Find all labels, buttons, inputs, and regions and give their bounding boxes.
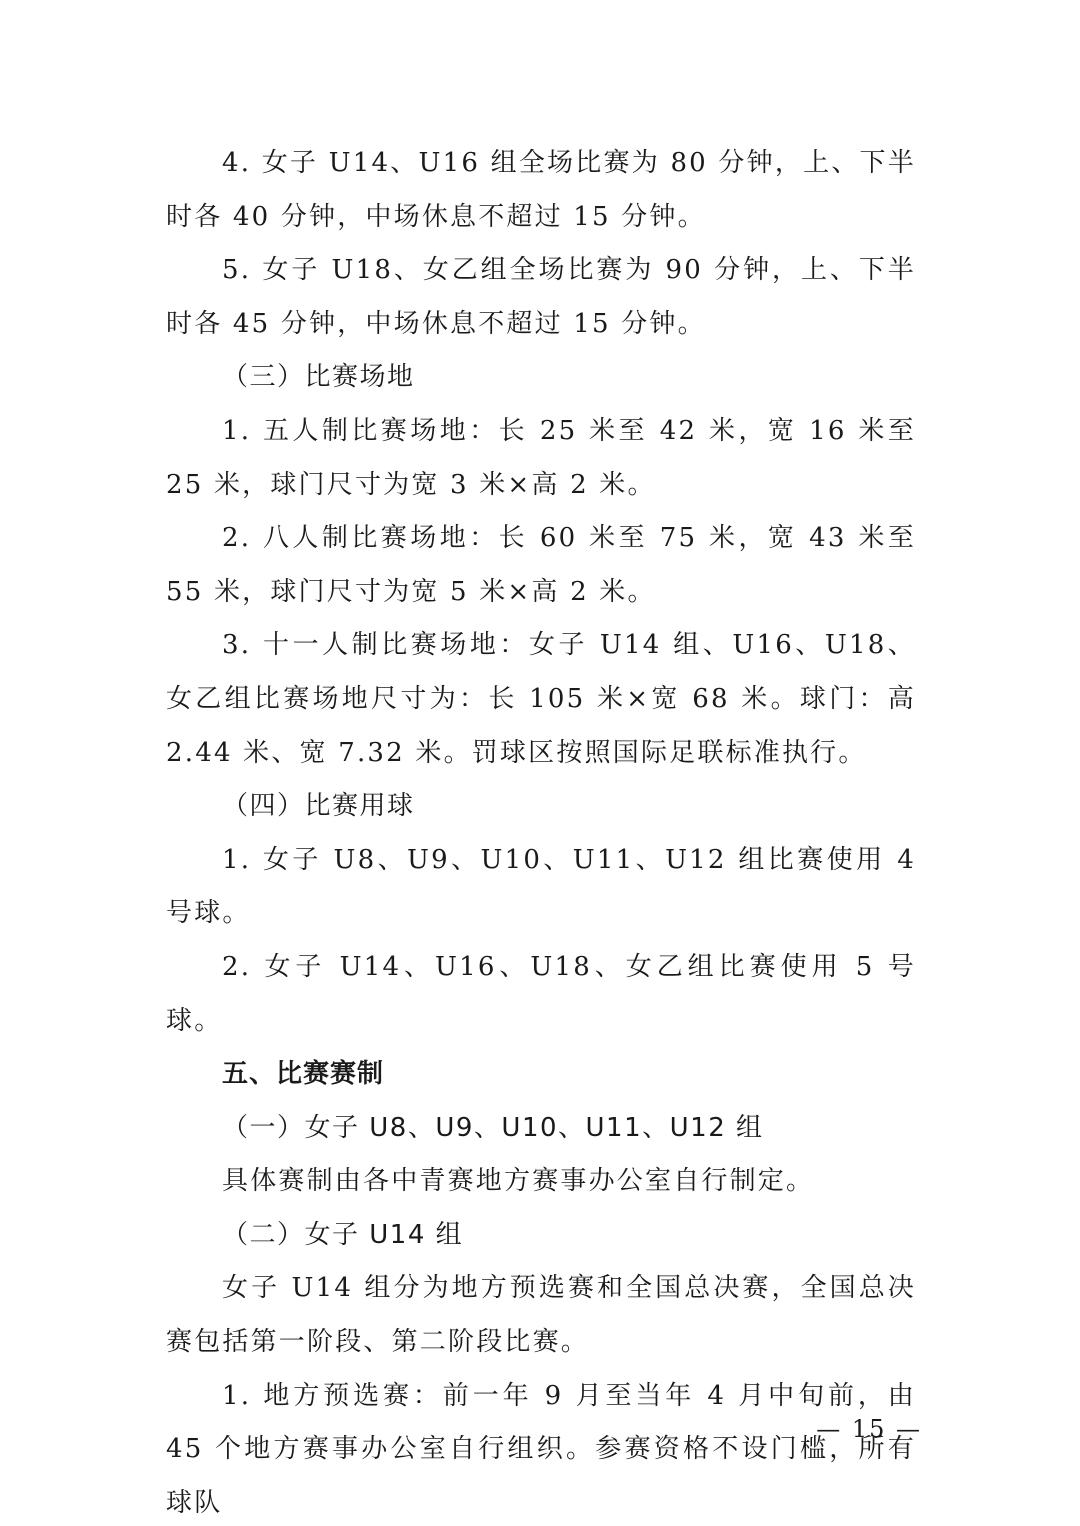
paragraph-ball-size-4: 1. 女子 U8、U9、U10、U11、U12 组比赛使用 4 号球。 [166,834,916,941]
paragraph-u8-u12-format: 具体赛制由各中青赛地方赛事办公室自行制定。 [166,1155,916,1209]
subheading-u14: （二）女子 U14 组 [166,1209,916,1263]
paragraph-u14-u16-duration: 4. 女子 U14、U16 组全场比赛为 80 分钟，上、下半时各 40 分钟，… [166,137,916,244]
paragraph-u18-duration: 5. 女子 U18、女乙组全场比赛为 90 分钟，上、下半时各 45 分钟，中场… [166,244,916,351]
document-page: 4. 女子 U14、U16 组全场比赛为 80 分钟，上、下半时各 40 分钟，… [0,0,1080,1526]
paragraph-five-a-side-field: 1. 五人制比赛场地：长 25 米至 42 米，宽 16 米至 25 米，球门尺… [166,405,916,512]
heading-competition-format: 五、比赛赛制 [166,1048,916,1102]
document-body: 4. 女子 U14、U16 组全场比赛为 80 分钟，上、下半时各 40 分钟，… [166,137,916,1526]
paragraph-eleven-a-side-field: 3. 十一人制比赛场地：女子 U14 组、U16、U18、女乙组比赛场地尺寸为：… [166,619,916,780]
paragraph-u14-overview: 女子 U14 组分为地方预选赛和全国总决赛，全国总决赛包括第一阶段、第二阶段比赛… [166,1262,916,1369]
paragraph-eight-a-side-field: 2. 八人制比赛场地：长 60 米至 75 米，宽 43 米至 55 米，球门尺… [166,512,916,619]
paragraph-regional-qualifiers: 1. 地方预选赛：前一年 9 月至当年 4 月中旬前，由 45 个地方赛事办公室… [166,1370,916,1526]
subheading-u8-u12: （一）女子 U8、U9、U10、U11、U12 组 [166,1102,916,1156]
subheading-venue: （三）比赛场地 [166,351,916,405]
subheading-match-ball: （四）比赛用球 [166,780,916,834]
paragraph-ball-size-5: 2. 女子 U14、U16、U18、女乙组比赛使用 5 号球。 [166,941,916,1048]
page-number: — 15 — [812,1415,922,1443]
